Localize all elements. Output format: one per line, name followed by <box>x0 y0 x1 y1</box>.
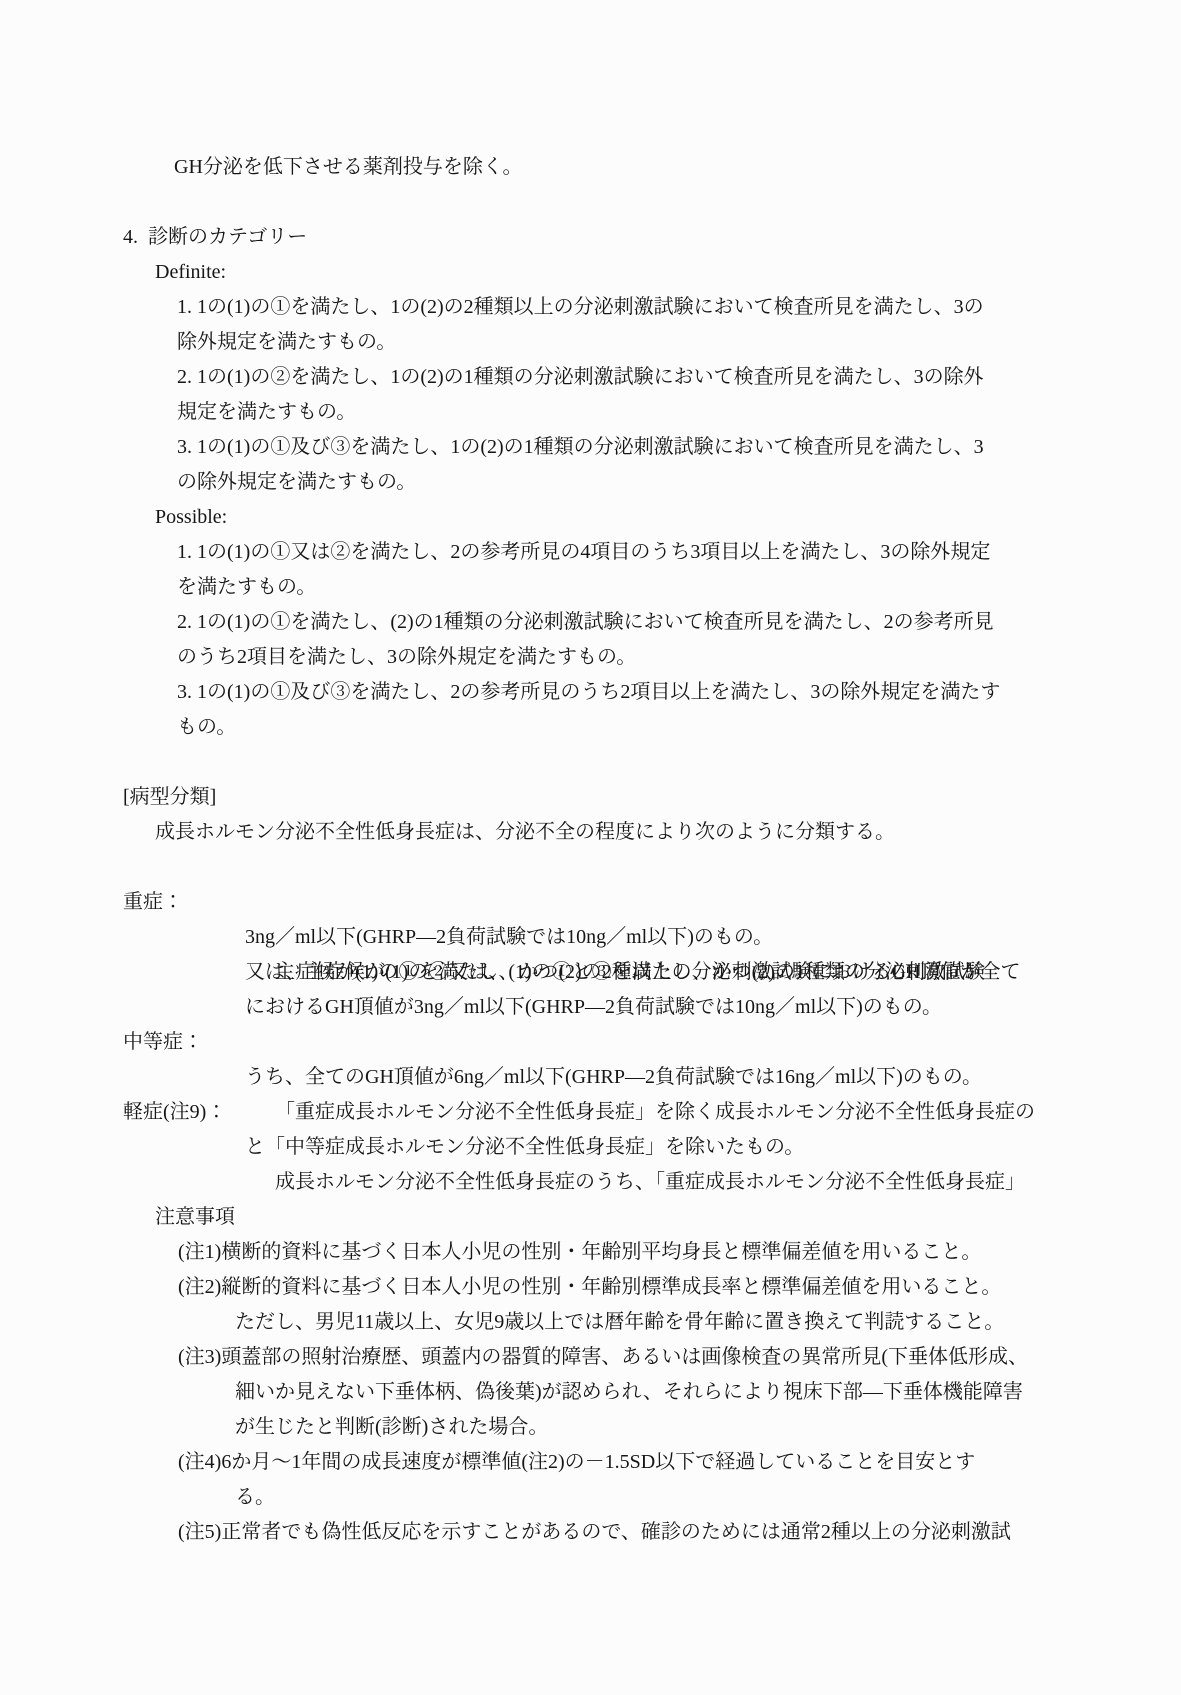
note3-line-3: が生じたと判断(診断)された場合。 <box>235 1410 1073 1445</box>
moderate-line-2: うち、全てのGH頂値が6ng／ml以下(GHRP—2負荷試験では16ng／ml以… <box>245 1060 1073 1095</box>
note1-line-1: (注1)横断的資料に基づく日本人小児の性別・年齢別平均身長と標準偏差値を用いるこ… <box>178 1235 1073 1270</box>
blank-line <box>123 185 1073 220</box>
section4-heading: 4. 診断のカテゴリー <box>123 220 1073 255</box>
note3-line-2: 細いか見えない下垂体柄、偽後葉)が認められ、それらにより視床下部—下垂体機能障害 <box>235 1375 1073 1410</box>
note4-line-1: (注4)6か月～1年間の成長速度が標準値(注2)の－1.5SD以下で経過している… <box>178 1445 1073 1480</box>
blank-line <box>123 745 1073 780</box>
mild-label: 軽症(注9)： <box>123 1095 226 1130</box>
possible-label: Possible: <box>155 500 1073 535</box>
classification-heading: [病型分類] <box>123 780 1073 815</box>
definite-label: Definite: <box>155 255 1073 290</box>
possible-item-2-line-1: 2. 1の(1)の①を満たし、(2)の1種類の分泌刺激試験において検査所見を満た… <box>177 605 1073 640</box>
possible-item-1-line-1: 1. 1の(1)の①又は②を満たし、2の参考所見の4項目のうち3項目以上を満たし… <box>177 535 1073 570</box>
possible-item-3-line-2: もの。 <box>177 710 1073 745</box>
note4-line-2: る。 <box>235 1480 1073 1515</box>
severe-row: 重症： 主症候が(1)の①を満たし、かつ(2)の2種以上の分泌刺激試験におけるG… <box>123 885 1073 920</box>
moderate-label: 中等症： <box>123 1025 203 1060</box>
definite-item-2-line-2: 規定を満たすもの。 <box>177 395 1073 430</box>
severe-line-2: 3ng／ml以下(GHRP—2負荷試験では10ng／ml以下)のもの。 <box>245 920 1073 955</box>
mild-line-1: 成長ホルモン分泌不全性低身長症のうち、「重症成長ホルモン分泌不全性低身長症」 <box>275 1171 1025 1193</box>
note2-line-1: (注2)縦断的資料に基づく日本人小児の性別・年齢別標準成長率と標準偏差値を用いる… <box>178 1270 1073 1305</box>
notes-heading: 注意事項 <box>155 1200 1073 1235</box>
possible-item-2-line-2: のうち2項目を満たし、3の除外規定を満たすもの。 <box>177 640 1073 675</box>
note5-line-1: (注5)正常者でも偽性低反応を示すことがあるので、確診のためには通常2種以上の分… <box>178 1515 1073 1550</box>
classification-intro: 成長ホルモン分泌不全性低身長症は、分泌不全の程度により次のように分類する。 <box>155 815 1073 850</box>
blank-line <box>123 850 1073 885</box>
definite-item-2-line-1: 2. 1の(1)の②を満たし、1の(2)の1種類の分泌刺激試験において検査所見を… <box>177 360 1073 395</box>
mild-line-2: と「中等症成長ホルモン分泌不全性低身長症」を除いたもの。 <box>245 1130 1073 1165</box>
document-body: GH分泌を低下させる薬剤投与を除く。 4. 診断のカテゴリー Definite:… <box>123 150 1073 1550</box>
document-page: GH分泌を低下させる薬剤投与を除く。 4. 診断のカテゴリー Definite:… <box>0 0 1181 1695</box>
mild-row: 軽症(注9)： 成長ホルモン分泌不全性低身長症のうち、「重症成長ホルモン分泌不全… <box>123 1095 1073 1130</box>
note2-line-2: ただし、男児11歳以上、女児9歳以上では暦年齢を骨年齢に置き換えて判読すること。 <box>235 1305 1073 1340</box>
severe-line-4: におけるGH頂値が3ng／ml以下(GHRP—2負荷試験では10ng／ml以下)… <box>245 990 1073 1025</box>
severe-line-1: 主症候が(1)の①を満たし、かつ(2)の2種以上の分泌刺激試験におけるGH頂値が… <box>275 961 1021 983</box>
possible-item-3-line-1: 3. 1の(1)の①及び③を満たし、2の参考所見のうち2項目以上を満たし、3の除… <box>177 675 1073 710</box>
definite-item-3-line-2: の除外規定を満たすもの。 <box>177 465 1073 500</box>
note3-line-1: (注3)頭蓋部の照射治療歴、頭蓋内の器質的障害、あるいは画像検査の異常所見(下垂… <box>178 1340 1073 1375</box>
definite-item-1-line-1: 1. 1の(1)の①を満たし、1の(2)の2種類以上の分泌刺激試験において検査所… <box>177 290 1073 325</box>
severe-label: 重症： <box>123 885 183 920</box>
exclusion-note-line: GH分泌を低下させる薬剤投与を除く。 <box>174 150 1073 185</box>
possible-item-1-line-2: を満たすもの。 <box>177 570 1073 605</box>
moderate-row: 中等症： 「重症成長ホルモン分泌不全性低身長症」を除く成長ホルモン分泌不全性低身… <box>123 1025 1073 1060</box>
definite-item-3-line-1: 3. 1の(1)の①及び③を満たし、1の(2)の1種類の分泌刺激試験において検査… <box>177 430 1073 465</box>
definite-item-1-line-2: 除外規定を満たすもの。 <box>177 325 1073 360</box>
